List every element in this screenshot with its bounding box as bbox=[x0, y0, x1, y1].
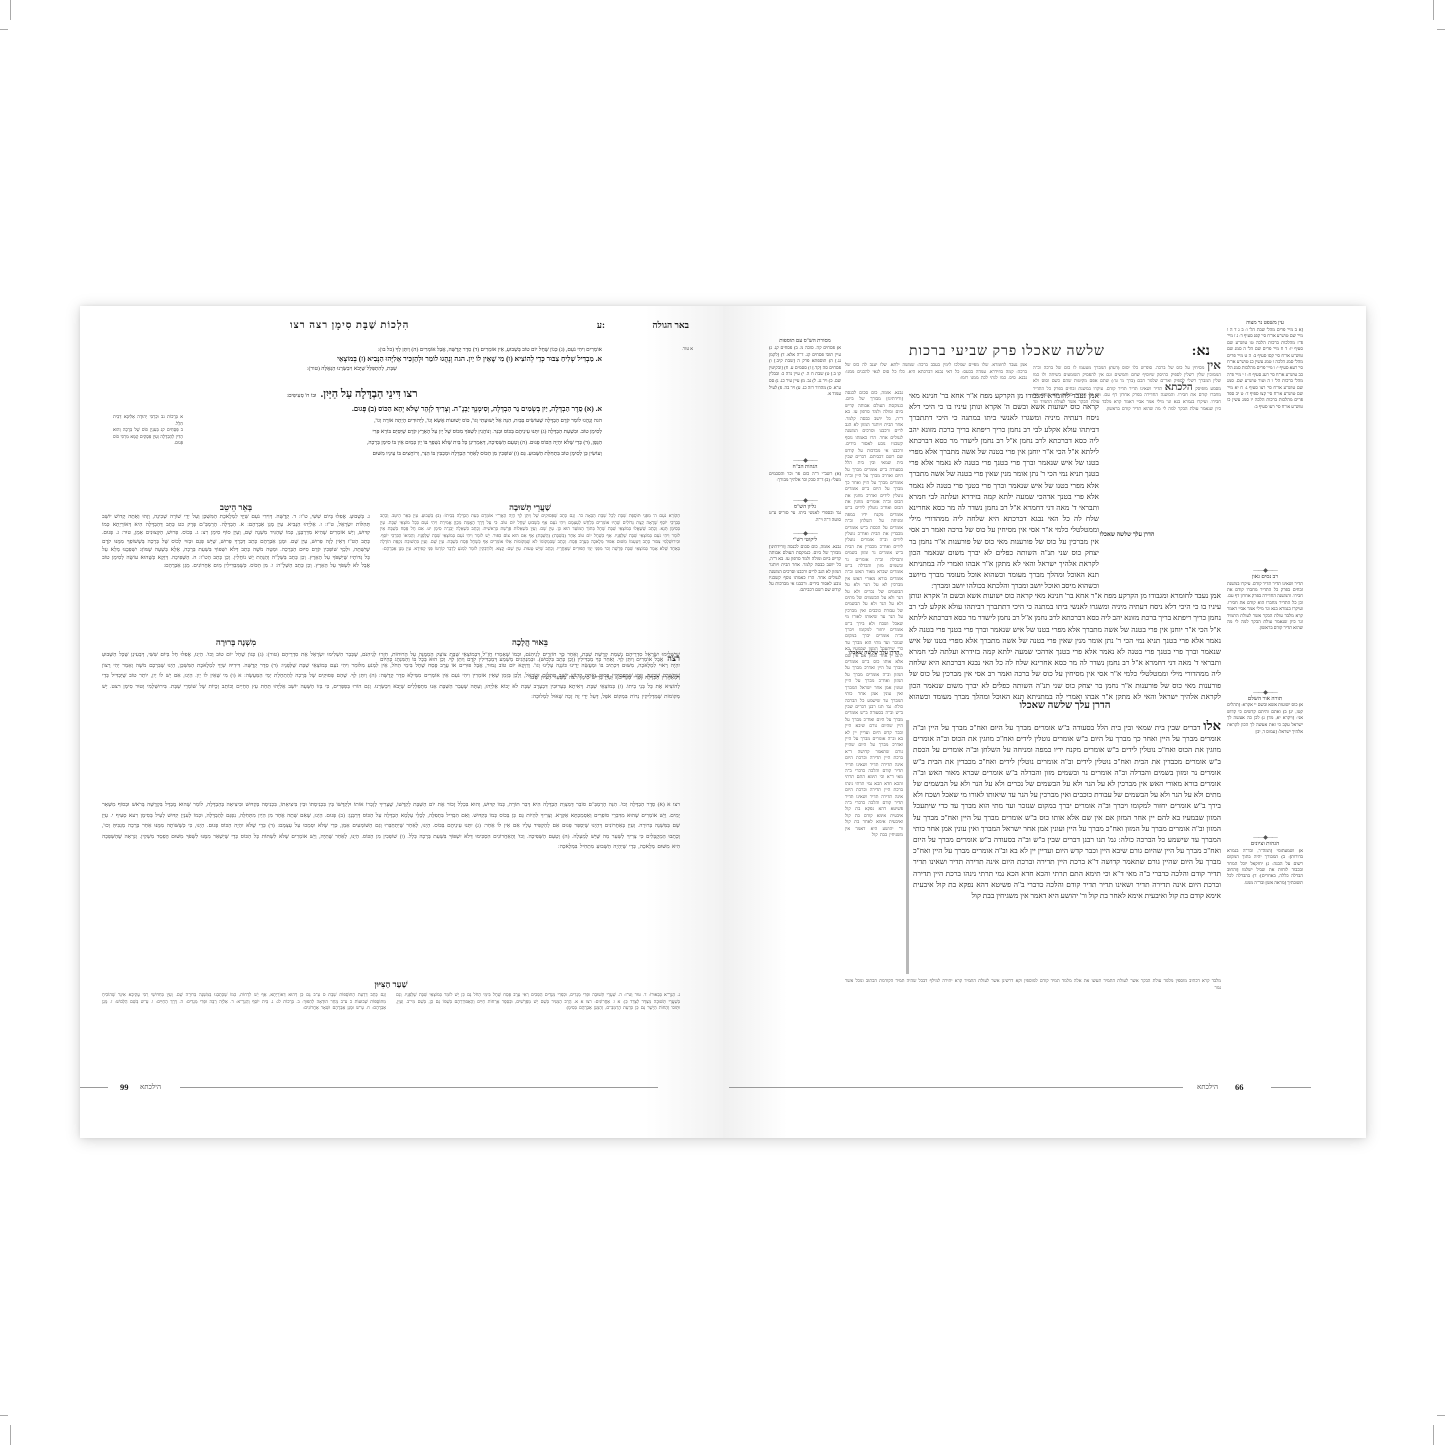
ornament-divider: ——◆—— bbox=[1227, 567, 1303, 574]
mishna-marker-bar bbox=[906, 720, 909, 974]
rabbeinu-nissim-text: תדיר ושאינו תדיר תדיר קודם. עיקרו במשנת … bbox=[1227, 581, 1303, 689]
side-column-right: עין משפט נר מצוה [א ב מיי' פרים מהל' שבת… bbox=[1227, 320, 1303, 918]
source-column-title: באר הגולה bbox=[652, 320, 689, 330]
seif-line: לְסִימָן טוֹב. וּבִשְׁעַת הַבְדָּלָה (ג)… bbox=[102, 427, 602, 438]
ein-mishpat-text: [א ב מיי' פרים מהל' שבת הל' ו: ב ג ד ה ו… bbox=[1227, 327, 1303, 567]
hagahot-bach-title: הגהות הב"ח bbox=[769, 464, 841, 471]
footer-rule bbox=[180, 1087, 658, 1088]
gemara-continued: אמן נעבד לחומרא ומגבודו מן הקרקע מפח א"ר… bbox=[909, 590, 1221, 700]
mishna-opening-word: אלו bbox=[1203, 720, 1221, 733]
hadran-title-tosafot: הדרן עלך שלשה שאכלו bbox=[845, 650, 903, 657]
siman-title: רצו דִּינֵי הַבְדָּלָה עַל הַיַּיִן. bbox=[320, 388, 417, 400]
seif-text: א. (א) סֵדֶר הַבְדָּלָה, יַיִן בְּשָׂמִי… bbox=[102, 402, 602, 460]
source-mark-1: א טור. bbox=[665, 346, 693, 353]
crop-mark-bottom-right bbox=[1433, 1425, 1434, 1445]
ornament-divider: ——◆—— bbox=[769, 457, 841, 464]
mishna-block: אלו דברים שבין בית שמאי ובין בית הלל בסע… bbox=[913, 720, 1221, 976]
hagahot-vetziyunim-title: הגהות וציונים bbox=[1227, 841, 1303, 848]
section-text: ג. בְּשָׁבוּעַ. אֲפִלּוּ בְּיוֹם שִׁשִּׁ… bbox=[102, 513, 370, 631]
crop-mark-top-right-h bbox=[1437, 29, 1445, 30]
seif-line: וְעוֹשִׂין כֵּן לְסִימָן טוֹב בִּתְחִלַּ… bbox=[102, 449, 602, 460]
intro-text: אוֹמְרִים וִיהִי נֹעַם, (ג) כְּגוֹן שֶׁח… bbox=[102, 346, 602, 373]
chapter-heading: שלשה שאכלו פרק שביעי ברכות bbox=[909, 344, 1105, 360]
book-spread: באר הגולה ע: הִלְכוֹת שַׁבָּת סִימָן רצה… bbox=[80, 306, 1366, 1138]
folio-letter: ע: bbox=[597, 320, 605, 330]
mishna-berura-continued: רצו א (א) סֵדֶר הַבְדָּלָה וְכוּ'. הִנֵּ… bbox=[102, 800, 680, 968]
torah-or-title: תורה אור השלם bbox=[1227, 696, 1303, 703]
ornament-divider: ——◆—— bbox=[1227, 834, 1303, 841]
crop-mark-bottom-right-h bbox=[1437, 1415, 1445, 1416]
section-title: שַׁעַר הַצִּיּוּן bbox=[102, 978, 680, 990]
shaar-hatziyun-section: שַׁעַר הַצִּיּוּן ג. הַגְּרָ"א בְּבֵאוּר… bbox=[102, 978, 680, 990]
left-page: באר הגולה ע: הִלְכוֹת שַׁבָּת סִימָן רצה… bbox=[80, 306, 723, 1138]
footer-title: הילכתא bbox=[140, 1083, 161, 1091]
section-text: ג. הַגְּרָ"א בְּבֵאוּרוֹ: ד. טוּר וְט"ז:… bbox=[396, 992, 680, 1040]
gilyon-title: גליון הש"ס bbox=[769, 504, 841, 511]
likutei-rashi-title: ליקוטי רש"י bbox=[769, 537, 841, 544]
rashi-opening-word: אין bbox=[1207, 362, 1221, 372]
page-number: 66 bbox=[1235, 1082, 1244, 1092]
seif-line: הַגָּפֶן, (ד) כְּדֵי שֶׁלֹּא יִהְיֶה הַכ… bbox=[102, 438, 602, 449]
mishna-berura-section: מִשְׁנָה בְּרוּרָה bbox=[102, 636, 370, 648]
mishna-berura-text: שֶׁיִּשְׁלִימוּ יִשְׂרָאֵל סִדְרֵיהֶם נִ… bbox=[102, 650, 680, 796]
hagahot-bach-text: (א) רשב"י ד"ה כום פר וכו' והסכמים מעלי: … bbox=[769, 471, 841, 497]
masoret-title: מסורת הש"ס עם תוספות bbox=[769, 338, 841, 345]
intro-line: שַׁבָּת, לְהִתְפַּלֵּל שֶׁיָּבֹא וִיבַשְ… bbox=[102, 365, 602, 373]
footer-rule-right bbox=[1271, 1087, 1311, 1088]
tosafot-column: גבנא. אומה, כום סכום לכנסה [ורידתינו] מב… bbox=[845, 390, 903, 940]
intro-line: אוֹמְרִים וִיהִי נֹעַם, (ג) כְּגוֹן שֶׁח… bbox=[102, 346, 602, 354]
crop-mark-top-right bbox=[1433, 0, 1434, 20]
footer-title: הילכתא bbox=[1197, 1083, 1218, 1091]
halachta-word: הלכתא bbox=[1165, 382, 1193, 393]
section-title: שַׁעֲרֵי תְּשׁוּבָה bbox=[380, 501, 680, 513]
crop-mark-top-left-h bbox=[0, 29, 8, 30]
section-title: בֵּאוּר הֲלָכָה bbox=[380, 636, 680, 648]
section-title: בְּאֵר הֵיטֵב bbox=[102, 501, 370, 513]
section-text: הַקּוֹרֵא נֹעַם ה' מִפְּנֵי תּוֹסֶפֶת שַ… bbox=[380, 513, 680, 633]
footer-rule-left bbox=[80, 1087, 108, 1088]
seif-line: א. (א) סֵדֶר הַבְדָּלָה, יַיִן בְּשָׂמִי… bbox=[102, 402, 602, 416]
crop-mark-top-left bbox=[10, 0, 11, 20]
siman-heading: רצו דִּינֵי הַבְדָּלָה עַל הַיַּיִן. וּב… bbox=[102, 384, 602, 402]
bottom-note: מלבד קרא דכתיב מוספין מלמד עולת הבקר אשר… bbox=[845, 978, 1221, 992]
tosafot-top: אמן נעבד לחומרא. שלו מפיים שמלכו לימין ב… bbox=[845, 362, 1027, 390]
footer-rule bbox=[729, 1087, 1183, 1088]
section-text: וְגֵם כָּתַב דְּדַעַת הַתּוֹסָפוֹת שְׁבָ… bbox=[102, 992, 386, 1040]
side-column-left: מסורת הש"ס עם תוספות א) פסחים קה. סוכה מ… bbox=[769, 338, 841, 864]
siman-subtitle: וּבוֹ ח' סְעִיפִים: bbox=[287, 393, 317, 399]
crop-mark-bottom-left-h bbox=[0, 1415, 8, 1416]
hadran-title-rashi: הדרן עלך שלשה שאכלו bbox=[1033, 532, 1221, 539]
intro-line: א. מַבְדִּיל שְׁלִיחַ צִבּוּר כְּדֵי לְה… bbox=[102, 354, 602, 365]
ornament-divider: ——◆—— bbox=[769, 497, 841, 504]
hagahot-vetziyunim-text: א) ושמעתומי [המה"ר, ובד"ה בגמרא בדורות]:… bbox=[1227, 848, 1303, 918]
baer-heitev-section: בְּאֵר הֵיטֵב ג. בְּשָׁבוּעַ. אֲפִלּוּ ב… bbox=[102, 501, 370, 631]
ornament-divider: ——◆—— bbox=[1227, 689, 1303, 696]
masoret-text: א) פסחים קה. סוכה מ. ב) פסחים קג. ג) עיי… bbox=[769, 345, 841, 457]
crop-mark-bottom-left bbox=[10, 1425, 11, 1445]
gilyon-text: גמ' ובספרי לאנשי ביתו. עי' סוריס ע"ט סוט… bbox=[769, 510, 841, 530]
seif-line: הגה וְנָהֲגוּ לוֹמַר קֹדֶם הַבְדָּלָה שֶ… bbox=[102, 416, 602, 427]
gemara-main-text: אמן נעבד לחומרא ומגבודו מן הקרקע מפח א"ר… bbox=[909, 390, 1099, 590]
daf-number: נא: bbox=[1192, 344, 1210, 360]
page-number: 99 bbox=[120, 1082, 129, 1092]
hadran-title: הדרן עלך שלשה שאכלו bbox=[909, 700, 1221, 711]
ein-mishpat-title: עין משפט נר מצוה bbox=[1227, 320, 1303, 327]
rabbeinu-nissim-title: רב נסים גאון bbox=[1227, 574, 1303, 581]
likutei-rashi-text: גבנא. אומה, כום סכום לכנסה [ורידתינו] מב… bbox=[769, 544, 841, 864]
mishna-text: דברים שבין בית שמאי ובין בית הלל בסעודה … bbox=[913, 723, 1221, 900]
torah-or-text: א) כוס ישועות אשא ובשם יי אקרא: [תהלים ק… bbox=[1227, 702, 1303, 834]
section-title: מִשְׁנָה בְּרוּרָה bbox=[102, 636, 370, 648]
right-page: נא: שלשה שאכלו פרק שביעי ברכות מסורת הש"… bbox=[723, 306, 1366, 1138]
shaarei-teshuva-section: שַׁעֲרֵי תְּשׁוּבָה הַקּוֹרֵא נֹעַם ה' מ… bbox=[380, 501, 680, 633]
running-head: הִלְכוֹת שַׁבָּת סִימָן רצה רצו bbox=[290, 320, 409, 331]
